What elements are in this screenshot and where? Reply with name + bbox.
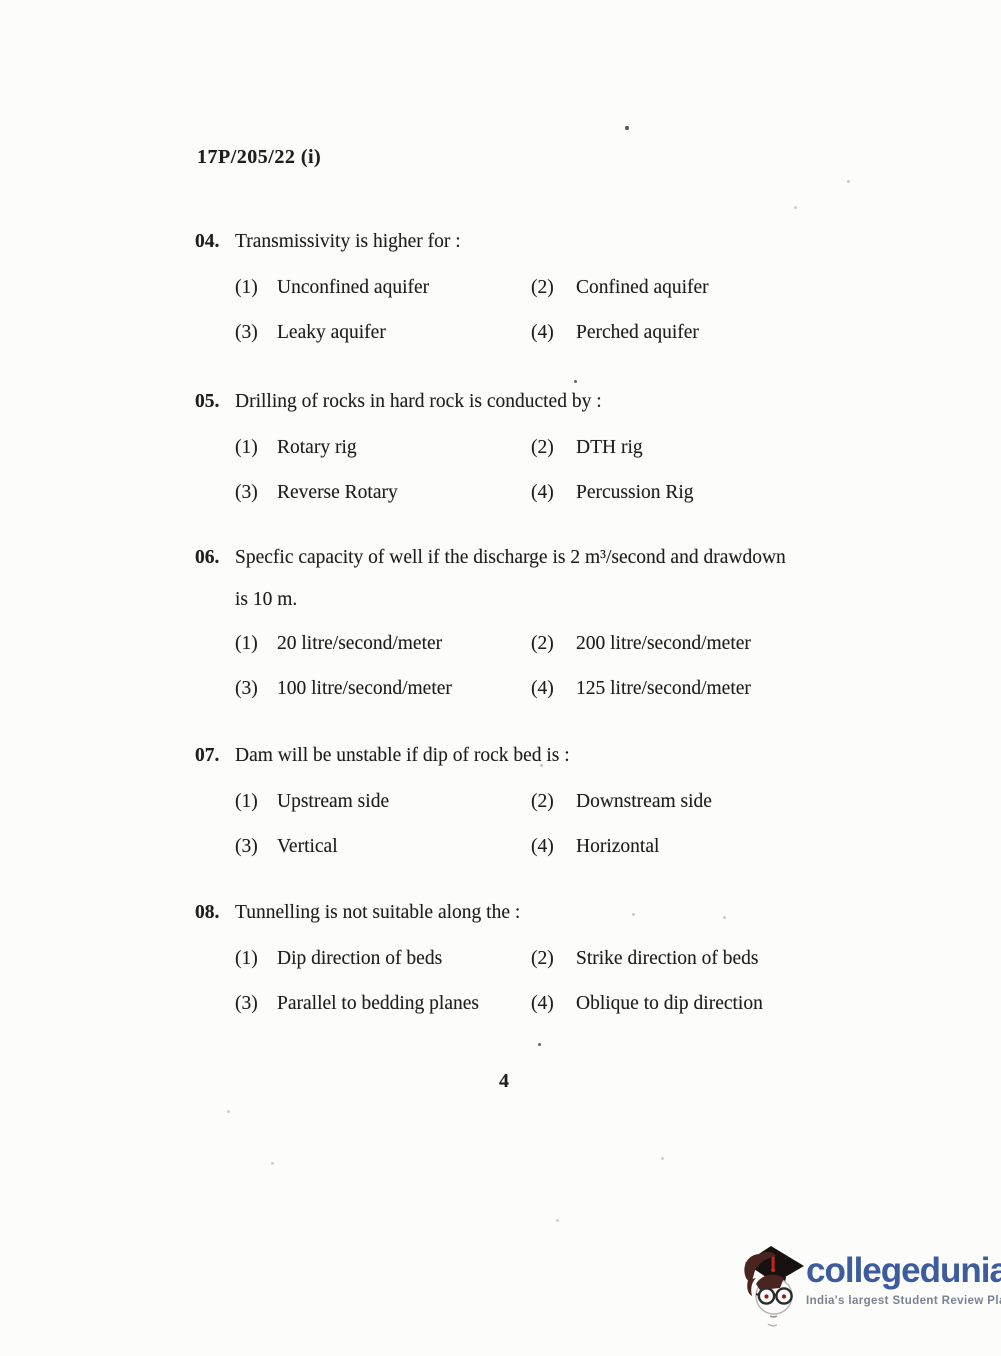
options-row: (3) Vertical (4) Horizontal	[195, 835, 885, 859]
option-text: Vertical	[277, 835, 531, 859]
option-text: Oblique to dip direction	[576, 992, 885, 1016]
option-text: Perched aquifer	[576, 321, 885, 345]
option-text: Rotary rig	[277, 436, 531, 460]
option-text: Dip direction of beds	[277, 947, 531, 971]
options-row: (1) Unconfined aquifer (2) Confined aqui…	[195, 276, 885, 300]
question-number: 05.	[195, 390, 219, 414]
option-number: (2)	[531, 276, 576, 300]
options-row: (1) Upstream side (2) Downstream side	[195, 790, 885, 814]
options-row: (1) 20 litre/second/meter (2) 200 litre/…	[195, 632, 885, 656]
option-text: Percussion Rig	[576, 481, 885, 505]
option-text: 125 litre/second/meter	[576, 677, 885, 701]
collegedunia-logo: collegedunia.com India's largest Student…	[740, 1242, 996, 1332]
question-06: 06. Specfic capacity of well if the disc…	[195, 546, 885, 701]
option-text: DTH rig	[576, 436, 885, 460]
option-text: 100 litre/second/meter	[277, 677, 531, 701]
question-stem: Dam will be unstable if dip of rock bed …	[235, 745, 570, 766]
option-text: Upstream side	[277, 790, 531, 814]
question-stem-line2: is 10 m.	[195, 588, 885, 612]
scan-speck	[794, 206, 797, 209]
option-number: (4)	[531, 992, 576, 1016]
question-stem: Tunnelling is not suitable along the :	[235, 902, 520, 923]
question-number: 07.	[195, 744, 219, 768]
option-text: Unconfined aquifer	[277, 276, 531, 300]
scan-speck	[540, 764, 543, 767]
option-text: Confined aquifer	[576, 276, 885, 300]
option-number: (1)	[235, 790, 277, 814]
option-number: (1)	[235, 947, 277, 971]
option-text: Downstream side	[576, 790, 885, 814]
option-number: (2)	[531, 436, 576, 460]
page-number: 4	[499, 1070, 509, 1093]
option-number: (4)	[531, 481, 576, 505]
question-04: 04. Transmissivity is higher for : (1) U…	[195, 230, 885, 345]
options-row: (1) Dip direction of beds (2) Strike dir…	[195, 947, 885, 971]
booklet-code: 17P/205/22 (i)	[197, 146, 321, 169]
option-number: (2)	[531, 632, 576, 656]
question-08: 08. Tunnelling is not suitable along the…	[195, 901, 885, 1016]
scan-speck	[574, 380, 577, 383]
option-number: (3)	[235, 677, 277, 701]
scan-speck	[723, 916, 726, 919]
option-text: Horizontal	[576, 835, 885, 859]
option-text: Leaky aquifer	[277, 321, 531, 345]
option-text: Parallel to bedding planes	[277, 992, 531, 1016]
question-stem: Transmissivity is higher for :	[235, 231, 461, 252]
options-row: (3) Reverse Rotary (4) Percussion Rig	[195, 481, 885, 505]
option-text: 200 litre/second/meter	[576, 632, 885, 656]
option-text: Strike direction of beds	[576, 947, 885, 971]
options-row: (3) Leaky aquifer (4) Perched aquifer	[195, 321, 885, 345]
options-row: (3) 100 litre/second/meter (4) 125 litre…	[195, 677, 885, 701]
options-row: (3) Parallel to bedding planes (4) Obliq…	[195, 992, 885, 1016]
question-number: 08.	[195, 901, 219, 925]
option-number: (4)	[531, 677, 576, 701]
option-number: (4)	[531, 835, 576, 859]
option-number: (3)	[235, 321, 277, 345]
question-stem: Drilling of rocks in hard rock is conduc…	[235, 391, 602, 412]
scan-speck	[227, 1110, 230, 1113]
collegedunia-wordmark: collegedunia	[806, 1252, 1001, 1290]
scan-speck	[625, 126, 629, 130]
scan-speck	[556, 1219, 559, 1222]
collegedunia-tagline: India's largest Student Review Platform	[806, 1295, 1001, 1307]
scan-speck	[538, 1043, 541, 1046]
scan-speck	[847, 180, 850, 183]
scan-speck	[632, 913, 635, 916]
question-number: 04.	[195, 230, 219, 254]
option-number: (3)	[235, 481, 277, 505]
scan-speck	[661, 1157, 664, 1160]
option-number: (1)	[235, 276, 277, 300]
option-text: Reverse Rotary	[277, 481, 531, 505]
question-05: 05. Drilling of rocks in hard rock is co…	[195, 390, 885, 505]
question-stem: Specfic capacity of well if the discharg…	[235, 547, 786, 568]
options-row: (1) Rotary rig (2) DTH rig	[195, 436, 885, 460]
option-number: (1)	[235, 436, 277, 460]
scan-speck	[271, 1162, 274, 1165]
option-number: (2)	[531, 790, 576, 814]
scanned-exam-page: 17P/205/22 (i) 04. Transmissivity is hig…	[0, 0, 1001, 1356]
option-text: 20 litre/second/meter	[277, 632, 531, 656]
question-07: 07. Dam will be unstable if dip of rock …	[195, 744, 885, 859]
option-number: (3)	[235, 992, 277, 1016]
option-number: (1)	[235, 632, 277, 656]
collegedunia-mascot-icon	[740, 1244, 806, 1333]
option-number: (3)	[235, 835, 277, 859]
question-number: 06.	[195, 546, 219, 570]
option-number: (2)	[531, 947, 576, 971]
option-number: (4)	[531, 321, 576, 345]
